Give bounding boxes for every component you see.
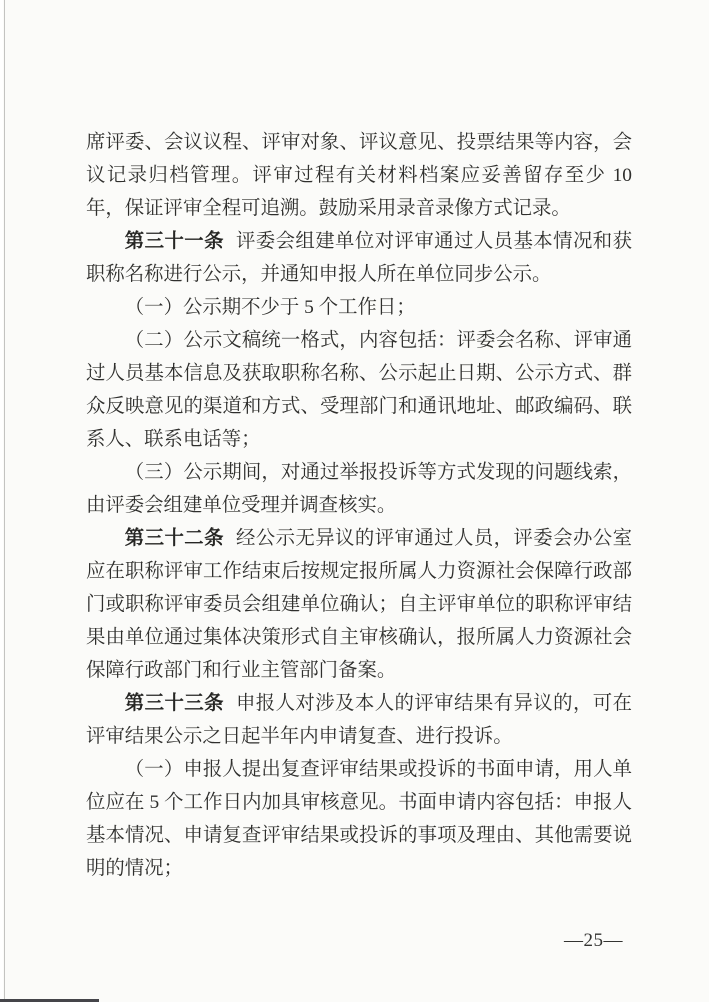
paragraph-text: 席评委、会议议程、评审对象、评议意见、投票结果等内容，会议记录归档管理。评审过程… bbox=[86, 132, 632, 219]
article-number: 第三十三条 bbox=[125, 693, 224, 714]
paragraph: 第三十一条评委会组建单位对评审通过人员基本情况和获职称名称进行公示，并通知申报人… bbox=[86, 225, 632, 291]
paragraph-text: 经公示无异议的评审通过人员，评委会办公室应在职称评审工作结束后按规定报所属人力资… bbox=[86, 528, 632, 681]
paragraph: （一）申报人提出复查评审结果或投诉的书面申请，用人单位应在 5 个工作日内加具审… bbox=[86, 753, 632, 885]
paragraph-text: （三）公示期间，对通过举报投诉等方式发现的问题线索，由评委会组建单位受理并调查核… bbox=[86, 462, 632, 516]
article-number: 第三十一条 bbox=[125, 231, 224, 252]
paragraph: （二）公示文稿统一格式，内容包括：评委会名称、评审通过人员基本信息及获取职称名称… bbox=[86, 324, 632, 456]
document-body: 席评委、会议议程、评审对象、评议意见、投票结果等内容，会议记录归档管理。评审过程… bbox=[86, 126, 632, 885]
paragraph-text: （一）申报人提出复查评审结果或投诉的书面申请，用人单位应在 5 个工作日内加具审… bbox=[86, 759, 632, 879]
document-page: { "page": { "background_color": "#fbfbf9… bbox=[0, 0, 709, 1002]
page-number: —25— bbox=[564, 926, 623, 956]
paragraph-text: （一）公示期不少于 5 个工作日； bbox=[125, 297, 416, 318]
paragraph: （一）公示期不少于 5 个工作日； bbox=[86, 291, 632, 324]
scan-edge-highlight bbox=[0, 0, 3, 1002]
article-number: 第三十二条 bbox=[125, 528, 224, 549]
paragraph: 第三十三条申报人对涉及本人的评审结果有异议的，可在评审结果公示之日起半年内申请复… bbox=[86, 687, 632, 753]
paragraph: 席评委、会议议程、评审对象、评议意见、投票结果等内容，会议记录归档管理。评审过程… bbox=[86, 126, 632, 225]
scan-edge-artifact bbox=[4, 0, 5, 1002]
paragraph: （三）公示期间，对通过举报投诉等方式发现的问题线索，由评委会组建单位受理并调查核… bbox=[86, 456, 632, 522]
paragraph-text: （二）公示文稿统一格式，内容包括：评委会名称、评审通过人员基本信息及获取职称名称… bbox=[86, 330, 632, 450]
paragraph: 第三十二条经公示无异议的评审通过人员，评委会办公室应在职称评审工作结束后按规定报… bbox=[86, 522, 632, 687]
